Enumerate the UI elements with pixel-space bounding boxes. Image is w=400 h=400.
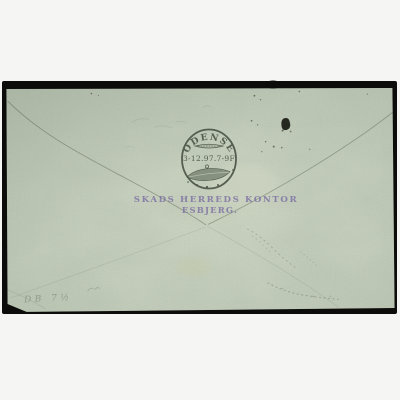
frame-notch [266,81,281,89]
ink-blob [281,118,290,130]
postmark-odense: ODENSE 3-12.97.7-9F [182,130,236,189]
postmark-date: 3-12.97.7-9F [183,154,235,163]
page-background: ODENSE 3-12.97.7-9F [0,0,400,400]
handstamp-line2: ESBJERG. [182,205,238,215]
envelope-photo: ODENSE 3-12.97.7-9F [0,0,400,400]
handstamp-line1: SKADS HERREDS KONTOR [134,195,298,205]
